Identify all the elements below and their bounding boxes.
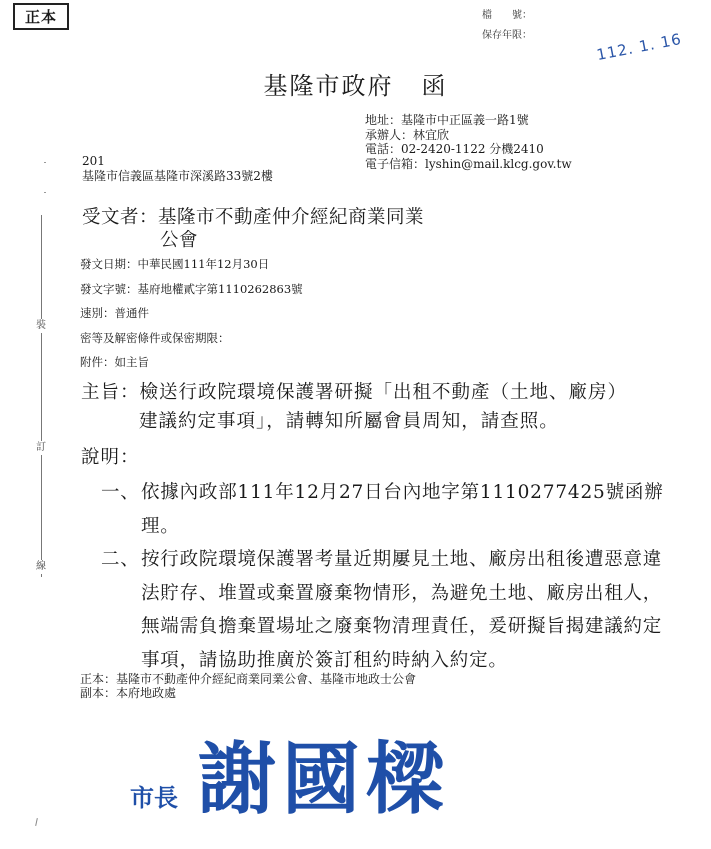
document-title: 基隆市政府函 — [0, 66, 711, 101]
receiver-label: 受文者： — [82, 207, 158, 228]
mailing-address: 基隆市信義區基隆市深溪路33號2樓 — [82, 169, 273, 184]
sender-phone: 電話：02-2420-1122 分機2410 — [365, 142, 572, 157]
scan-mark — [35, 818, 38, 826]
mayor-signature-stamp: 市長 謝國樑 — [130, 735, 450, 825]
document-number: 發文字號：基府地權貳字第1110262863號 — [80, 277, 303, 302]
binding-dot — [44, 162, 46, 163]
attachment: 附件：如主旨 — [80, 350, 303, 375]
archive-number-field: 檔 號： — [482, 6, 540, 26]
subject-label: 主旨： — [81, 382, 140, 403]
item-number: 一、 — [101, 476, 141, 543]
issuing-organization: 基隆市政府 — [264, 72, 394, 100]
document-meta: 發文日期：中華民國111年12月30日 發文字號：基府地權貳字第11102628… — [80, 252, 303, 375]
issue-date: 發文日期：中華民國111年12月30日 — [80, 252, 303, 277]
subject-line1: 檢送行政院環境保護署研擬「出租不動產（土地、廠房） — [140, 382, 628, 403]
binding-line — [41, 215, 42, 577]
recipient-address: 201 基隆市信義區基隆市深溪路33號2樓 — [82, 154, 273, 184]
sender-info: 地址：基隆市中正區義一路1號 承辦人：林宜欣 電話：02-2420-1122 分… — [365, 113, 572, 171]
copy-recipients: 副本：本府地政處 — [80, 686, 416, 700]
explanation-label: 說明： — [81, 443, 140, 469]
archive-number-label: 檔 號： — [482, 6, 540, 26]
binding-char-xian: 線 — [33, 560, 49, 574]
receiver-name-line2: 公會 — [82, 229, 424, 252]
signature-name: 謝國樑 — [198, 735, 450, 825]
subject-line2: 建議約定事項」，請轉知所屬會員周知，請查照。 — [81, 407, 627, 436]
retention-period-field: 保存年限： — [482, 26, 540, 46]
item-text: 按行政院環境保護署考量近期屢見土地、廠房出租後遭惡意違法貯存、堆置或棄置廢棄物情… — [141, 543, 681, 677]
subject: 主旨：檢送行政院環境保護署研擬「出租不動產（土地、廠房） 建議約定事項」，請轉知… — [81, 378, 627, 436]
speed-classification: 速別：普通件 — [80, 301, 303, 326]
retention-period-label: 保存年限： — [482, 26, 540, 46]
signature-title: 市長 — [130, 778, 178, 813]
explanation-item: 一、 依據內政部111年12月27日台內地字第1110277425號函辦理。 — [101, 476, 681, 543]
explanation-items: 一、 依據內政部111年12月27日台內地字第1110277425號函辦理。 二… — [101, 476, 681, 677]
binding-dot — [44, 192, 46, 193]
copy-type-stamp: 正本 — [13, 3, 69, 30]
postal-code: 201 — [82, 154, 273, 169]
original-recipients: 正本：基隆市不動產仲介經紀商業同業公會、基隆市地政士公會 — [80, 672, 416, 686]
received-date-stamp: 112. 1. 16 — [595, 30, 683, 64]
item-number: 二、 — [101, 543, 141, 677]
sender-address: 地址：基隆市中正區義一路1號 — [365, 113, 572, 128]
sender-email: 電子信箱：lyshin@mail.klcg.gov.tw — [365, 157, 572, 172]
distribution: 正本：基隆市不動產仲介經紀商業同業公會、基隆市地政士公會 副本：本府地政處 — [80, 672, 416, 700]
binding-char-ding: 訂 — [33, 441, 49, 455]
binding-char-zhuang: 裝 — [33, 319, 49, 333]
receiver-name-line1: 基隆市不動產仲介經紀商業同業 — [158, 207, 424, 228]
explanation-item: 二、 按行政院環境保護署考量近期屢見土地、廠房出租後遭惡意違法貯存、堆置或棄置廢… — [101, 543, 681, 677]
receiver: 受文者：基隆市不動產仲介經紀商業同業 公會 — [82, 206, 424, 252]
confidentiality: 密等及解密條件或保密期限： — [80, 326, 303, 351]
file-meta: 檔 號： 保存年限： — [482, 6, 540, 46]
document-type: 函 — [422, 72, 448, 100]
sender-handler: 承辦人：林宜欣 — [365, 128, 572, 143]
item-text: 依據內政部111年12月27日台內地字第1110277425號函辦理。 — [141, 476, 681, 543]
